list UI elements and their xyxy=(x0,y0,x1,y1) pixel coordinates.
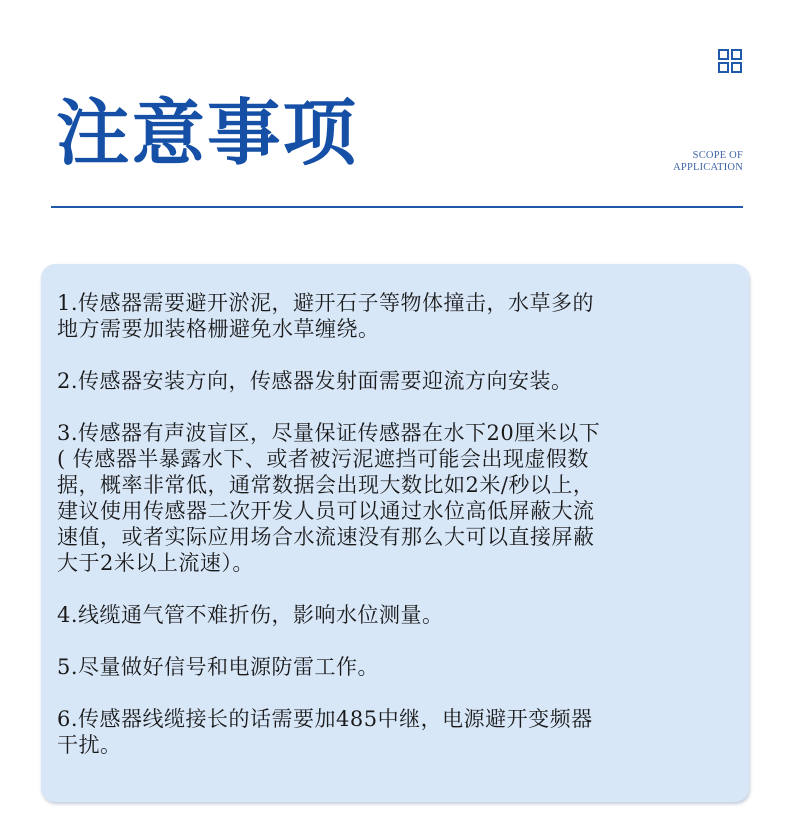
note-item-1: 1.传感器需要避开淤泥，避开石子等物体撞击，水草多的 地方需要加装格栅避免水草缠… xyxy=(57,290,747,342)
note-item-5: 5.尽量做好信号和电源防雷工作。 xyxy=(57,654,747,680)
subtitle-line-2: APPLICATION xyxy=(673,162,743,174)
header-divider xyxy=(51,206,743,208)
subtitle-line-1: SCOPE OF xyxy=(673,150,743,162)
section-subtitle: SCOPE OF APPLICATION xyxy=(673,150,743,174)
page-title: 注意事项 xyxy=(56,88,358,178)
note-item-3: 3.传感器有声波盲区，尽量保证传感器在水下20厘米以下 ( 传感器半暴露水下、或… xyxy=(57,420,747,576)
note-item-2: 2.传感器安装方向，传感器发射面需要迎流方向安装。 xyxy=(57,368,747,394)
note-item-6: 6.传感器线缆接长的话需要加485中继，电源避开变频器 干扰。 xyxy=(57,706,747,758)
note-item-4: 4.线缆通气管不难折伤，影响水位测量。 xyxy=(57,602,747,628)
grid-icon xyxy=(718,49,742,73)
notes-list: 1.传感器需要避开淤泥，避开石子等物体撞击，水草多的 地方需要加装格栅避免水草缠… xyxy=(57,290,747,784)
